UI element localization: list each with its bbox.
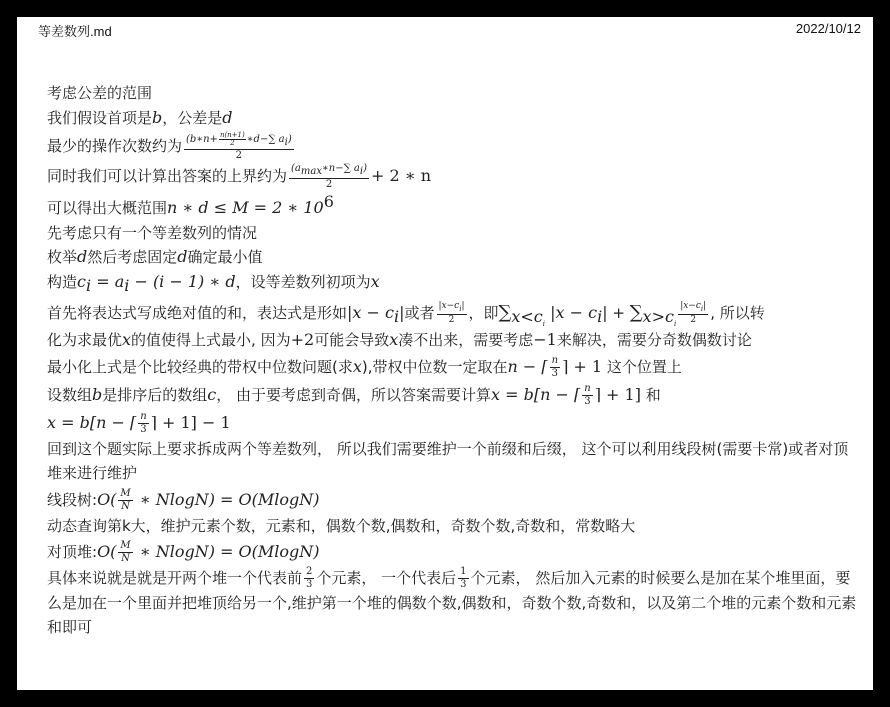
text: 确定最小值 <box>188 248 263 266</box>
math-text: ) <box>288 134 292 145</box>
math-fraction: MN <box>118 541 132 564</box>
text: ，设等差数列初项为 <box>236 273 371 291</box>
paragraph-line: 回到这个题实际上要求拆成两个等差数列， 所以我们需要维护一个前缀和后缀， 这个可… <box>47 437 855 486</box>
math-text: ∗n−∑ a <box>322 163 360 174</box>
math-sub: x>ci <box>643 307 677 326</box>
math-text: M <box>118 541 132 553</box>
document-body: 考虑公差的范围 我们假设首项是b，公差是d 最少的操作次数约为(b∗n+n(n+… <box>47 81 859 640</box>
paragraph-line: 我们假设首项是b，公差是d <box>47 106 859 131</box>
math-text: = a <box>91 272 124 291</box>
text: ，公差是 <box>162 109 222 127</box>
paragraph-line: 最小化上式是个比较经典的带权中位数问题(求x),带权中位数一定取在n − ⌈n3… <box>47 353 859 381</box>
math-fraction: (b∗n+n(n+1)2∗d−∑ ai)2 <box>184 132 294 161</box>
math-text: ⌉ + 1] − 1 <box>151 413 231 432</box>
paragraph-line: 设数组b是排序后的数组c， 由于要考虑到奇偶，所以答案需要计算x = b[n −… <box>47 381 859 409</box>
text: + <box>608 304 630 322</box>
math-text: n <box>550 356 560 368</box>
math-var: x <box>353 357 362 376</box>
text: 构造 <box>47 273 77 291</box>
text: 是排序后的数组 <box>102 386 207 404</box>
math-text: −1 <box>533 330 557 349</box>
math-sub: i <box>674 320 676 328</box>
math-fraction: |x−ci|2 <box>678 302 708 325</box>
paragraph-line: 先考虑只有一个等差数列的情况 <box>47 221 859 246</box>
text: 首先将表达式写成绝对值的和，表达式是形如 <box>47 304 347 322</box>
math-text: |x−c <box>680 301 701 311</box>
text: ，即 <box>469 304 499 322</box>
math-text: | <box>461 301 464 311</box>
paragraph-line: 动态查询第k大，维护元素个数，元素和，偶数个数,偶数和，奇数个数,奇数和，常数略… <box>47 514 859 539</box>
text: ),带权中位数一定取在 <box>362 358 508 376</box>
math-text: ) <box>363 163 367 174</box>
math-text: + 2 ∗ n <box>371 166 431 185</box>
math-text: n ∗ d ≤ M = 2 ∗ 10 <box>167 198 324 217</box>
math-text: ∗ NlogN) = O(MlogN) <box>135 490 320 509</box>
math-text: (a <box>291 163 301 174</box>
text: , 所以转 <box>710 304 765 322</box>
text: 然后考虑固定 <box>87 248 177 266</box>
math-text: n − ⌈ <box>508 357 548 376</box>
math-text: O( <box>97 490 116 509</box>
paragraph-line: 首先将表达式写成绝对值的和，表达式是形如|x − ci|或者|x−ci|2，即∑… <box>47 298 859 328</box>
math-fraction: n3 <box>138 412 148 435</box>
math-fraction: (amax∗n−∑ ai)2 <box>289 164 369 190</box>
paragraph-line: 构造ci = ai − (i − 1) ∗ d，设等差数列初项为x <box>47 270 859 299</box>
text: 具体来说就是就是开两个堆一个代表前 <box>47 569 302 587</box>
math-text: x<c <box>511 307 542 326</box>
math-text: 2 <box>678 315 708 325</box>
text: 考虑公差的范围 <box>47 84 152 102</box>
paragraph-line: 化为求最优x的值使得上式最小, 因为+2可能会导致x凑不出来，需要考虑−1来解决… <box>47 328 859 353</box>
text: 个元素， 一个代表后 <box>316 569 456 587</box>
math-fraction: 23 <box>304 567 314 590</box>
math-sub: x<ci <box>511 307 545 326</box>
text: 设数组 <box>47 386 92 404</box>
math-sup: 6 <box>324 192 334 211</box>
math-text: M <box>118 489 132 501</box>
paragraph-line: 最少的操作次数约为(b∗n+n(n+1)2∗d−∑ ai)2 <box>47 130 859 162</box>
math-text: ⌉ + 1] <box>595 385 641 404</box>
math-var: d <box>77 247 87 266</box>
math-text: − (i − 1) ∗ d <box>129 272 235 291</box>
text: 化为求最优 <box>47 331 122 349</box>
text: 最小化上式是个比较经典的带权中位数问题(求 <box>47 358 353 376</box>
text: 可以得出大概范围 <box>47 199 167 217</box>
math-fraction: 13 <box>458 567 468 590</box>
math-fraction-inner: n(n+1)2 <box>219 132 246 147</box>
text: 最少的操作次数约为 <box>47 137 182 155</box>
paragraph-line: 线段树:O(MN ∗ NlogN) = O(MlogN) <box>47 486 859 514</box>
math-text: | <box>703 301 706 311</box>
math-fraction: n3 <box>582 384 592 407</box>
math-text: n <box>582 384 592 396</box>
math-text: x>c <box>643 307 674 326</box>
math-var: b <box>92 385 102 404</box>
text: 可能会导致 <box>314 331 389 349</box>
text: 同时我们可以计算出答案的上界约为 <box>47 167 287 185</box>
math-var: c <box>207 385 216 404</box>
math-text: N <box>118 501 132 512</box>
math-text: x = b[n − ⌈ <box>491 385 580 404</box>
text: 先考虑只有一个等差数列的情况 <box>47 224 257 242</box>
text: 枚举 <box>47 248 77 266</box>
math-text: |x − c <box>545 303 597 322</box>
text: 动态查询第k大，维护元素个数，元素和，偶数个数,偶数和，奇数个数,奇数和，常数略… <box>47 517 635 535</box>
paragraph-line: 枚举d然后考虑固定d确定最小值 <box>47 245 859 270</box>
text: 的值使得上式最小, 因为 <box>131 331 291 349</box>
math-text: 3 <box>138 424 148 435</box>
math-text: ∗ NlogN) = O(MlogN) <box>135 542 320 561</box>
text: 对顶堆: <box>47 543 97 561</box>
math-sum: ∑ <box>630 302 643 323</box>
paragraph-line: 具体来说就是就是开两个堆一个代表前23个元素， 一个代表后13个元素， 然后加入… <box>47 566 859 640</box>
document-title: 等差数列.md <box>38 21 112 40</box>
math-text: ∗d−∑ a <box>247 134 285 145</box>
math-text: |x−c <box>439 301 460 311</box>
math-var: x <box>371 272 380 291</box>
paragraph-line: 可以得出大概范围n ∗ d ≤ M = 2 ∗ 106 <box>47 190 859 221</box>
paragraph-line: x = b[n − ⌈n3⌉ + 1] − 1 <box>47 409 859 437</box>
math-text: 1 <box>458 567 468 579</box>
text: ， 由于要考虑到奇偶，所以答案需要计算 <box>216 386 491 404</box>
math-text: |x − c <box>347 303 394 322</box>
math-text: 2 <box>219 140 246 147</box>
math-text: 3 <box>458 579 468 590</box>
paragraph-line: 考虑公差的范围 <box>47 81 859 106</box>
math-fraction: MN <box>118 489 132 512</box>
text: 或者 <box>404 304 434 322</box>
math-text: (b∗n+ <box>186 134 218 145</box>
text: 回到这个题实际上要求拆成两个等差数列， 所以我们需要维护一个前缀和后缀， 这个可… <box>47 440 848 483</box>
paragraph-line: 同时我们可以计算出答案的上界约为(amax∗n−∑ ai)2+ 2 ∗ n <box>47 162 859 190</box>
math-text: +2 <box>291 330 315 349</box>
math-sum: ∑ <box>499 302 512 323</box>
math-sub: max <box>301 166 322 177</box>
math-text: ⌉ + 1 <box>562 357 602 376</box>
math-text: O( <box>97 542 116 561</box>
math-fraction: n3 <box>550 356 560 379</box>
text: 这个位置上 <box>602 358 682 376</box>
math-text: c <box>77 272 86 291</box>
document-page: 等差数列.md 2022/10/12 考虑公差的范围 我们假设首项是b，公差是d… <box>17 17 873 690</box>
math-fraction: |x−ci|2 <box>437 302 467 325</box>
math-text: 3 <box>582 396 592 407</box>
math-text: 2 <box>184 150 294 161</box>
math-text: 2 <box>304 567 314 579</box>
math-text: 2 <box>289 179 369 190</box>
text: 线段树: <box>47 491 97 509</box>
text: 和 <box>641 386 661 404</box>
text: 凑不出来，需要考虑 <box>398 331 533 349</box>
math-var: b <box>152 108 162 127</box>
math-text: 3 <box>550 368 560 379</box>
math-var: x <box>389 330 398 349</box>
text: 来解决，需要分奇数偶数讨论 <box>557 331 752 349</box>
math-var: x <box>122 330 131 349</box>
math-var: d <box>222 108 232 127</box>
math-var: d <box>177 247 187 266</box>
document-date: 2022/10/12 <box>796 21 861 36</box>
math-text: 3 <box>304 579 314 590</box>
math-text: 2 <box>437 315 467 325</box>
paragraph-line: 对顶堆:O(MN ∗ NlogN) = O(MlogN) <box>47 538 859 566</box>
text: 我们假设首项是 <box>47 109 152 127</box>
math-text: N <box>118 553 132 564</box>
math-text: n <box>138 412 148 424</box>
math-text: x = b[n − ⌈ <box>47 413 136 432</box>
